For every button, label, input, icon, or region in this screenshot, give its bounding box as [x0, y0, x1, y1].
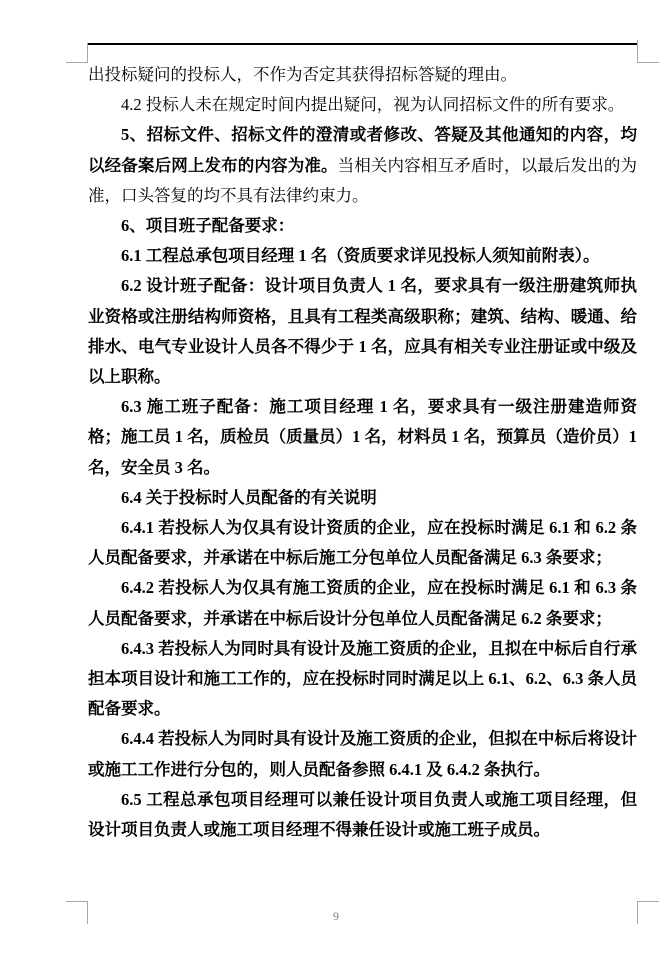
text-run: 6.2 设计班子配备：设计项目负责人 1 名，要求具有一级注册建筑师执业资格或注…: [88, 276, 637, 386]
text-run: 6.5 工程总承包项目经理可以兼任设计项目负责人或施工项目经理，但设计项目负责人…: [88, 790, 637, 839]
paragraph: 6.4.4 若投标人为同时具有设计及施工资质的企业，但拟在中标后将设计或施工工作…: [88, 724, 637, 784]
paragraph: 5、招标文件、招标文件的澄清或者修改、答疑及其他通知的内容，均以经备案后网上发布…: [88, 120, 637, 211]
page-number: 9: [0, 908, 672, 924]
paragraph: 4.2 投标人未在规定时间内提出疑问，视为认同招标文件的所有要求。: [88, 90, 637, 120]
paragraph: 6.5 工程总承包项目经理可以兼任设计项目负责人或施工项目经理，但设计项目负责人…: [88, 785, 637, 845]
paragraph: 6.1 工程总承包项目经理 1 名（资质要求详见投标人须知前附表）。: [88, 241, 637, 271]
header-rule: [87, 43, 637, 45]
text-run: 6.4.3 若投标人为同时具有设计及施工资质的企业，且拟在中标后自行承担本项目设…: [88, 639, 637, 718]
paragraph: 出投标疑问的投标人，不作为否定其获得招标答疑的理由。: [88, 60, 637, 90]
text-run: 6.4.4 若投标人为同时具有设计及施工资质的企业，但拟在中标后将设计或施工工作…: [88, 729, 637, 778]
paragraph: 6.3 施工班子配备：施工项目经理 1 名，要求具有一级注册建造师资格；施工员 …: [88, 392, 637, 483]
text-run: 6、项目班子配备要求：: [121, 216, 294, 235]
paragraph: 6.4 关于投标时人员配备的有关说明: [88, 483, 637, 513]
text-run: 6.3 施工班子配备：施工项目经理 1 名，要求具有一级注册建造师资格；施工员 …: [88, 397, 637, 476]
paragraph: 6.4.2 若投标人为仅具有施工资质的企业，应在投标时满足 6.1 和 6.3 …: [88, 573, 637, 633]
text-run: 6.4.2 若投标人为仅具有施工资质的企业，应在投标时满足 6.1 和 6.3 …: [88, 578, 637, 627]
document-page: 出投标疑问的投标人，不作为否定其获得招标答疑的理由。4.2 投标人未在规定时间内…: [0, 0, 672, 961]
margin-crop-mark-top-left: [66, 43, 88, 63]
paragraph: 6.4.1 若投标人为仅具有设计资质的企业，应在投标时满足 6.1 和 6.2 …: [88, 513, 637, 573]
text-run: 6.4.1 若投标人为仅具有设计资质的企业，应在投标时满足 6.1 和 6.2 …: [88, 518, 637, 567]
text-run: 出投标疑问的投标人，不作为否定其获得招标答疑的理由。: [88, 65, 517, 84]
text-run: 4.2 投标人未在规定时间内提出疑问，视为认同招标文件的所有要求。: [121, 95, 624, 114]
text-run: 6.4 关于投标时人员配备的有关说明: [121, 488, 377, 507]
text-run: 6.1 工程总承包项目经理 1 名（资质要求详见投标人须知前附表）。: [121, 246, 600, 265]
paragraph: 6.2 设计班子配备：设计项目负责人 1 名，要求具有一级注册建筑师执业资格或注…: [88, 271, 637, 392]
margin-crop-mark-top-right: [637, 40, 659, 63]
paragraph: 6.4.3 若投标人为同时具有设计及施工资质的企业，且拟在中标后自行承担本项目设…: [88, 634, 637, 725]
document-body: 出投标疑问的投标人，不作为否定其获得招标答疑的理由。4.2 投标人未在规定时间内…: [88, 60, 637, 845]
paragraph: 6、项目班子配备要求：: [88, 211, 637, 241]
